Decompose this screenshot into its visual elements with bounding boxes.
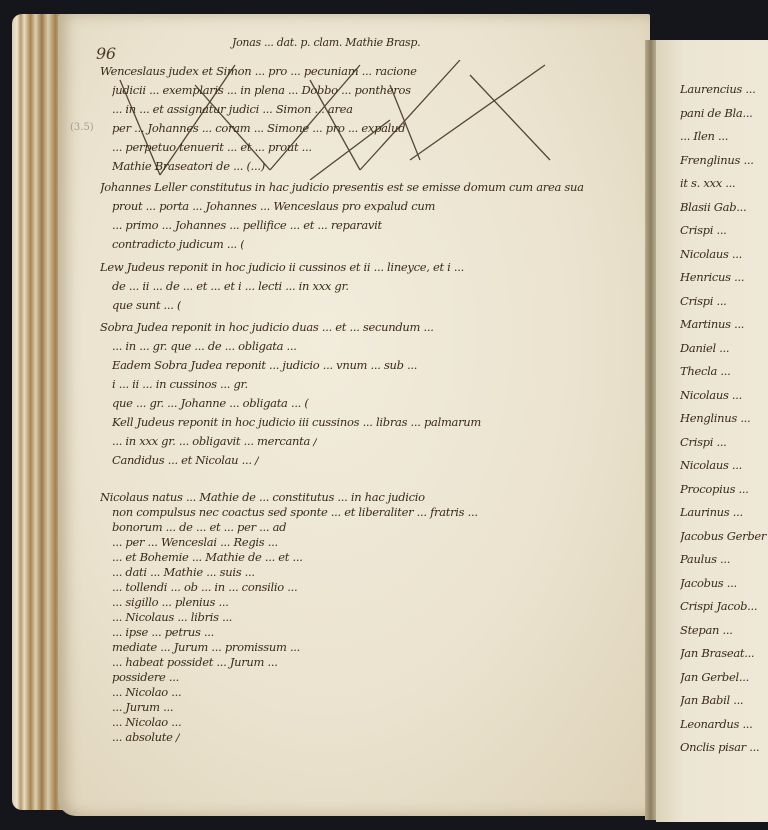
name-list-item: Martinus ...	[680, 317, 744, 331]
name-list-item: it s. xxx ...	[680, 176, 735, 190]
name-list-item: Onclis pisar ...	[680, 740, 759, 754]
name-list-item: Stepan ...	[680, 623, 733, 637]
name-list-item: Frenglinus ...	[680, 153, 754, 167]
manuscript-line: que ... gr. ... Johanne ... obligata ...…	[112, 394, 309, 412]
name-list-item: Laurinus ...	[680, 505, 743, 519]
name-list-item: Paulus ...	[680, 552, 730, 566]
manuscript-line: prout ... porta ... Johannes ... Wencesl…	[112, 197, 435, 215]
manuscript-line: judicii ... exemplaris ... in plena ... …	[112, 81, 411, 99]
pencil-margin-note: (3.5)	[70, 122, 94, 133]
name-list-item: Crispi ...	[680, 435, 727, 449]
manuscript-line: ... perpetuo tenuerit ... et ... prout .…	[112, 138, 312, 156]
name-list-item: Crispi ...	[680, 294, 727, 308]
name-list-item: Crispi ...	[680, 223, 727, 237]
name-list-item: Daniel ...	[680, 341, 729, 355]
manuscript-line: ... primo ... Johannes ... pellifice ...…	[112, 216, 382, 234]
manuscript-line: per ... Johannes ... coram ... Simone ..…	[112, 119, 405, 137]
name-list-item: Leonardus ...	[680, 717, 753, 731]
manuscript-line: Candidus ... et Nicolau ... /	[112, 451, 259, 469]
name-list-item: Jacobus ...	[680, 576, 737, 590]
manuscript-line: i ... ii ... in cussinos ... gr.	[112, 375, 248, 393]
name-list-item: Jan Babil ...	[680, 693, 743, 707]
name-list-item: Laurencius ...	[680, 82, 755, 96]
manuscript-line: que sunt ... (	[112, 296, 181, 314]
name-list-item: Procopius ...	[680, 482, 749, 496]
name-list-item: Jan Braseat...	[680, 646, 754, 660]
name-list-item: Nicolaus ...	[680, 458, 742, 472]
name-list-item: Jacobus Gerber ...	[680, 529, 768, 543]
name-list-item: Jan Gerbel...	[680, 670, 749, 684]
name-list-item: Nicolaus ...	[680, 388, 742, 402]
manuscript-line: Sobra Judea reponit in hoc judicio duas …	[100, 318, 434, 336]
name-list-item: Blasii Gab...	[680, 200, 746, 214]
manuscript-line: ... in ... gr. que ... de ... obligata .…	[112, 337, 297, 355]
page-heading: Jonas ... dat. p. clam. Mathie Brasp.	[232, 36, 420, 49]
manuscript-line: ... in ... et assignatur judici ... Simo…	[112, 100, 353, 118]
manuscript-line: Eadem Sobra Judea reponit ... judicio ..…	[112, 356, 417, 374]
manuscript-line: Johannes Leller constitutus in hac judic…	[100, 178, 584, 196]
manuscript-line: de ... ii ... de ... et ... et i ... lec…	[112, 277, 349, 295]
manuscript-line: ... absolute /	[112, 728, 180, 746]
name-list-item: Henglinus ...	[680, 411, 750, 425]
manuscript-line: Wenceslaus judex et Simon ... pro ... pe…	[100, 62, 417, 80]
name-list-item: Crispi Jacob...	[680, 599, 757, 613]
manuscript-line: contradicto judicum ... (	[112, 235, 244, 253]
name-list-item: Nicolaus ...	[680, 247, 742, 261]
name-list-item: Thecla ...	[680, 364, 730, 378]
name-list-item: pani de Bla...	[680, 106, 753, 120]
manuscript-line: Mathie Braseatori de ... (...)	[112, 157, 265, 175]
manuscript-line: ... in xxx gr. ... obligavit ... mercant…	[112, 432, 317, 450]
name-list-item: ... Ilen ...	[680, 129, 728, 143]
name-list-item: Henricus ...	[680, 270, 744, 284]
manuscript-line: Lew Judeus reponit in hoc judicio ii cus…	[100, 258, 464, 276]
manuscript-line: Kell Judeus reponit in hoc judicio iii c…	[112, 413, 481, 431]
